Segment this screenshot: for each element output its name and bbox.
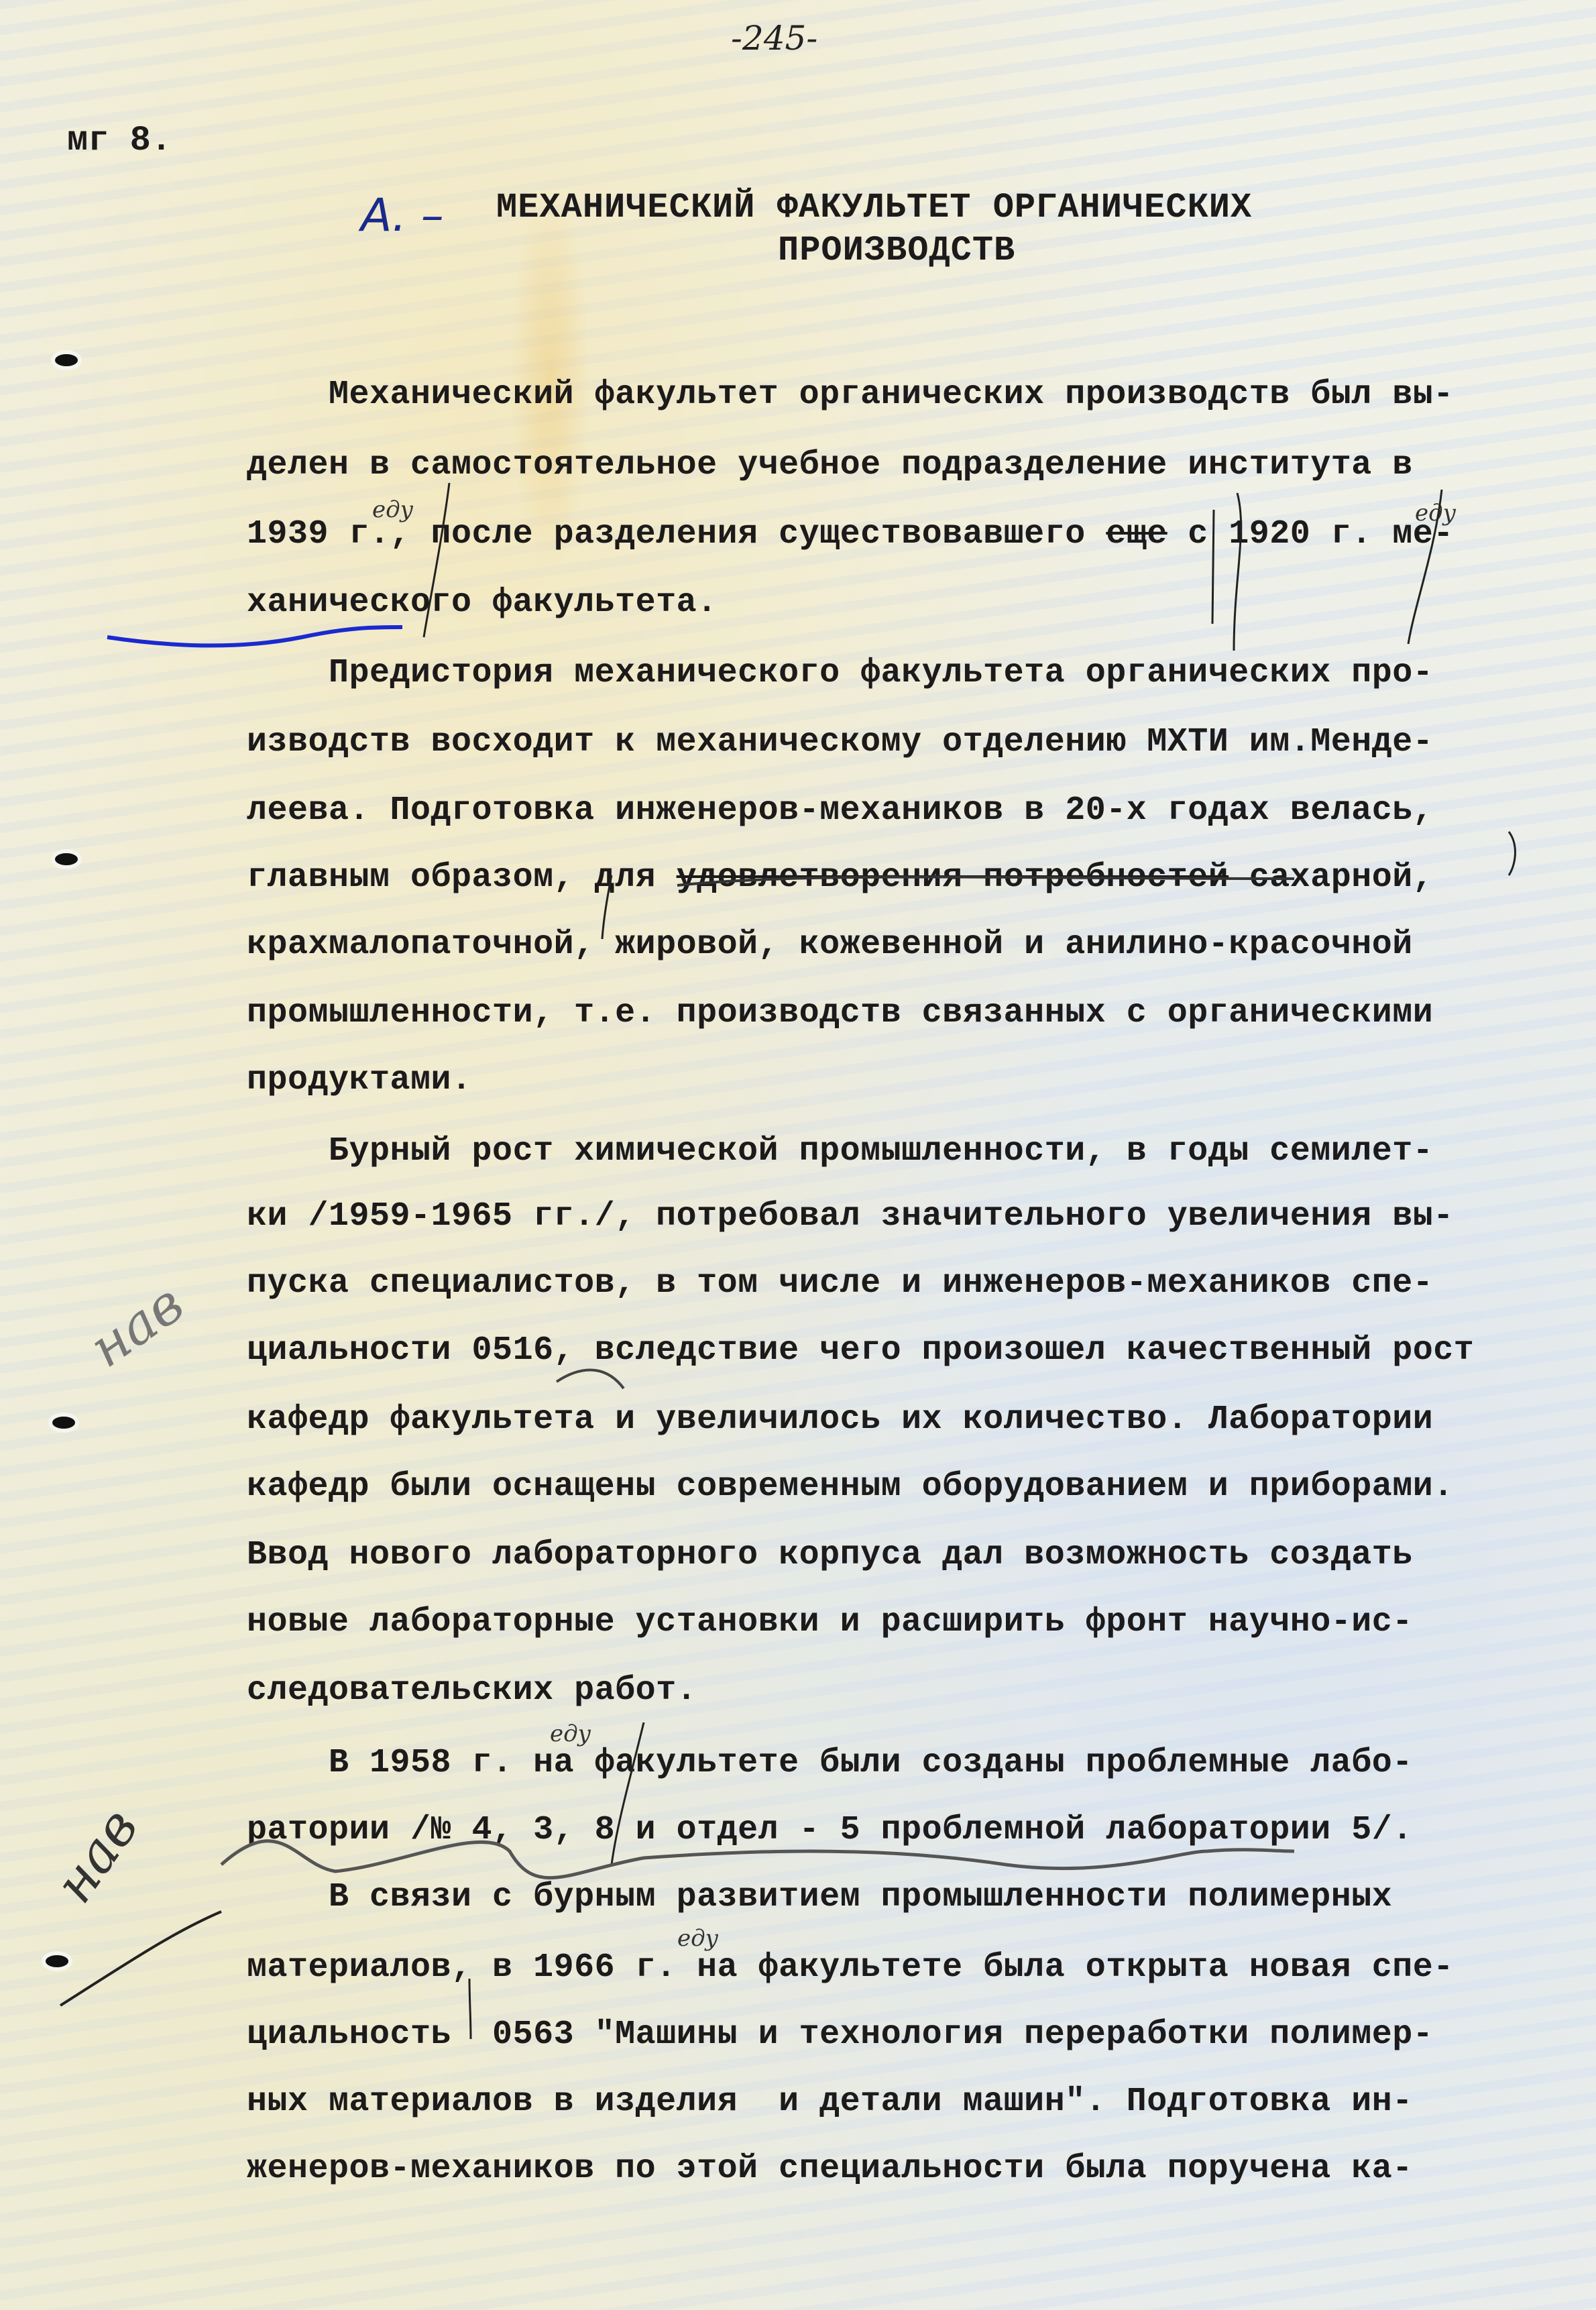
handwritten-strokes: [0, 0, 1596, 2310]
blue-underline: [107, 627, 402, 645]
